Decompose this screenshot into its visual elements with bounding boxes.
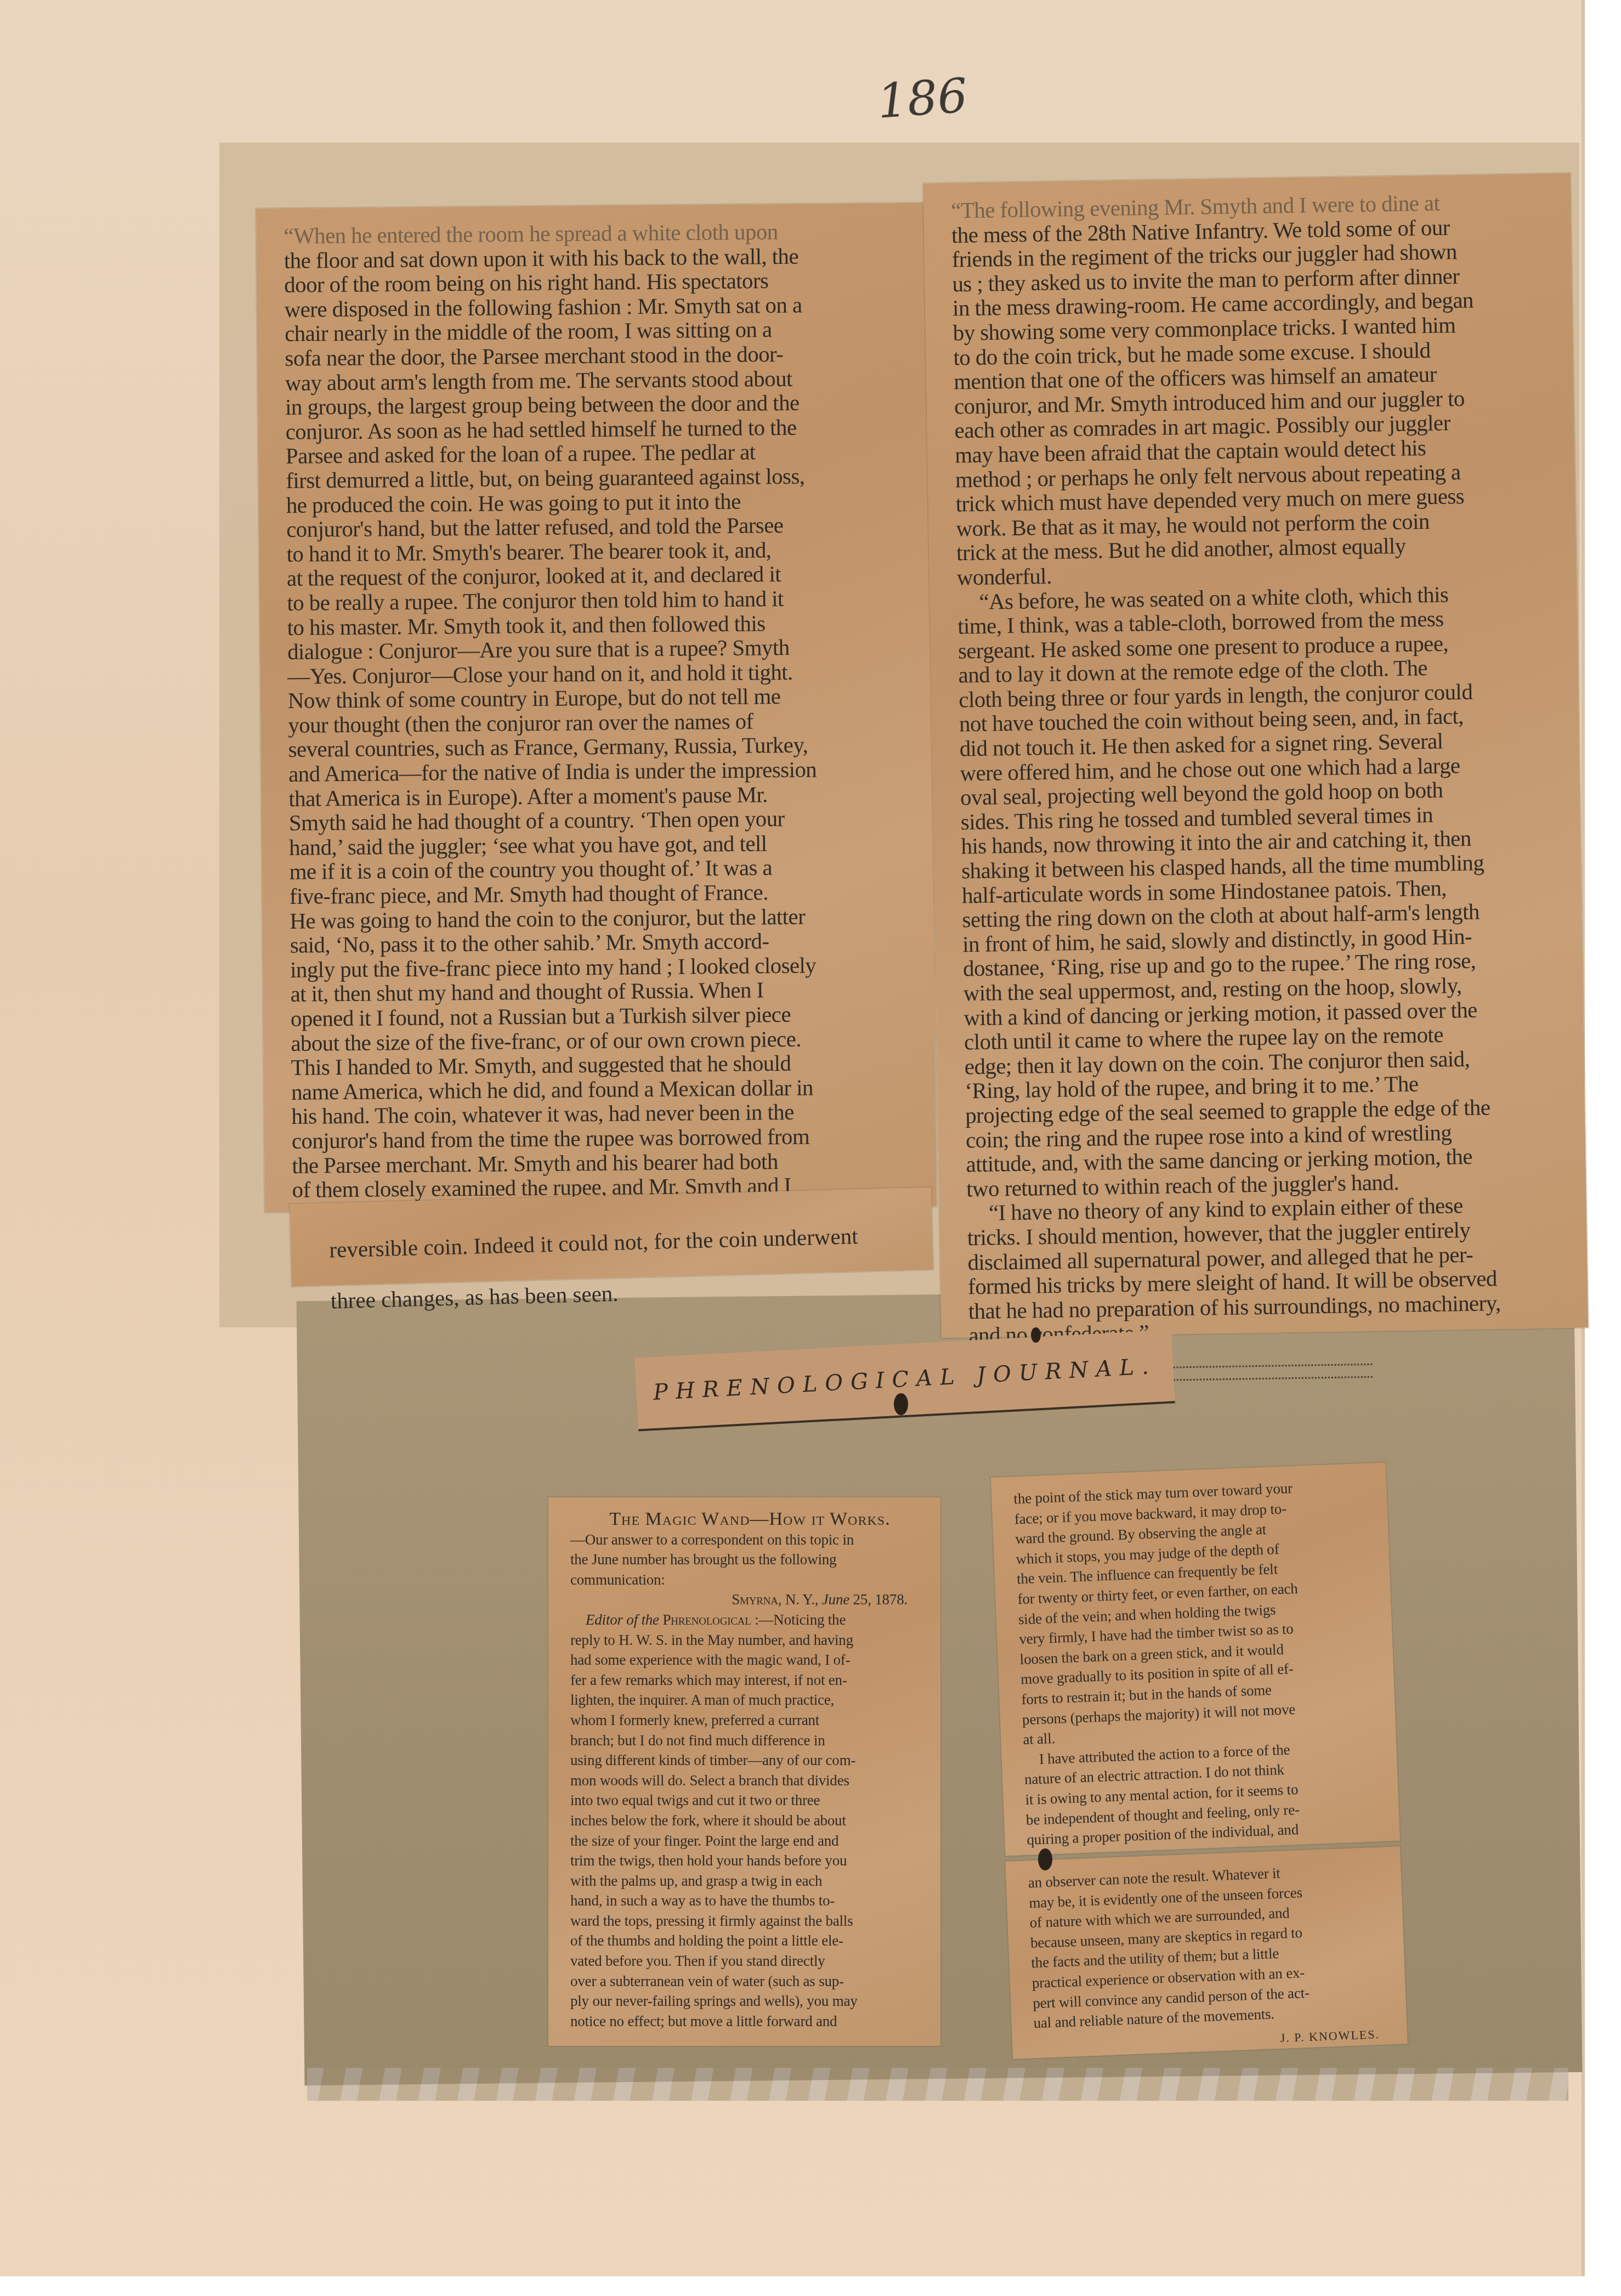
text-line: notice no effect; but move a little forw…: [570, 2011, 929, 2032]
body-lines-left: reply to H. W. S. in the May number, and…: [570, 1630, 929, 2032]
text-line: communication:: [570, 1570, 929, 1590]
pin-hole-icon: [894, 1393, 908, 1415]
dateline: Smyrna, N. Y., June 25, 1878.: [570, 1590, 929, 1610]
right-column-text: “The following evening Mr. Smyth and I w…: [923, 173, 1589, 1384]
text-line: using different kinds of timber—any of o…: [570, 1750, 929, 1771]
text-line: the June number has brought us the follo…: [570, 1549, 929, 1570]
text-line: the size of your finger. Point the large…: [570, 1831, 929, 1851]
clipping-magic-wand-right-top: the point of the stick may turn over tow…: [991, 1462, 1400, 1856]
text-line: inches below the fork, where it should b…: [570, 1811, 929, 1831]
magic-wand-left-text: The Magic Wand—How it Works. —Our answer…: [548, 1497, 940, 2031]
text-line: with the palms up, and grasp a twig in e…: [570, 1871, 929, 1891]
left-tail-lines: reversible coin. Indeed it could not, fo…: [290, 1187, 934, 1316]
text-line: whom I formerly knew, preferred a curran…: [570, 1710, 929, 1731]
right-paragraph-2: “As before, he was seated on a white clo…: [957, 580, 1564, 1201]
text-line: hand, in such a way as to have the thumb…: [570, 1891, 929, 1911]
right-paragraph-1: the mess of the 28th Native Infantry. We…: [951, 213, 1555, 590]
clipping-magic-wand-right-bottom: an observer can note the result. Whateve…: [1005, 1846, 1407, 2059]
clipping-conjuror-right-column: “The following evening Mr. Smyth and I w…: [923, 173, 1589, 1338]
text-line: mon woods will do. Select a branch that …: [570, 1771, 929, 1791]
left-column-text: “When he entered the room he spread a wh…: [256, 203, 937, 1252]
pin-hole-icon: [1031, 1327, 1041, 1343]
body-lines-right-b: an observer can note the result. Whateve…: [1028, 1859, 1396, 2033]
text-line: had some experience with the magic wand,…: [570, 1650, 929, 1670]
pin-hole-icon: [1038, 1848, 1052, 1870]
text-line: into two equal twigs and cut it two or t…: [570, 1790, 929, 1811]
text-line: vated before you. Then if you stand dire…: [570, 1951, 929, 1971]
text-line: branch; but I do not find much differenc…: [570, 1731, 929, 1751]
left-column-lines: the floor and sat down upon it with his …: [284, 243, 915, 1251]
clipping-magic-wand-left: The Magic Wand—How it Works. —Our answer…: [548, 1497, 940, 2046]
text-line: ply our never-failing springs and wells)…: [570, 1991, 929, 2011]
magic-wand-right-text-b: an observer can note the result. Whateve…: [1005, 1846, 1407, 2059]
text-line: trim the twigs, then hold your hands bef…: [570, 1851, 929, 1871]
text-line: reply to H. W. S. in the May number, and…: [570, 1630, 929, 1650]
torn-backing-edge: [307, 2068, 1568, 2101]
body-lines-right-a-para2: I have attributed the action to a force …: [1023, 1736, 1389, 1850]
magic-wand-right-text-a: the point of the stick may turn over tow…: [991, 1462, 1400, 1851]
salutation: Editor of the Phrenological :—Noticing t…: [570, 1610, 929, 1630]
text-line: lighten, the inquirer. A man of much pra…: [570, 1690, 929, 1710]
text-line: fer a few remarks which may interest, if…: [570, 1670, 929, 1690]
clipping-conjuror-left-tail: reversible coin. Indeed it could not, fo…: [290, 1187, 933, 1287]
text-line: of the thumbs and holding the point a li…: [570, 1931, 929, 1951]
text-line: over a subterranean vein of water (such …: [570, 1971, 929, 1992]
article-headline: The Magic Wand—How it Works.: [570, 1509, 929, 1530]
intro-lines: —Our answer to a correspondent on this t…: [570, 1530, 929, 1590]
body-lines-right-a: the point of the stick may turn over tow…: [1013, 1475, 1385, 1750]
handwritten-page-number: 186: [876, 68, 970, 129]
text-line: —Our answer to a correspondent on this t…: [570, 1530, 929, 1550]
right-paragraph-3: “I have no theory of any kind to explain…: [967, 1192, 1567, 1348]
text-line: reversible coin. Indeed it could not, fo…: [329, 1220, 911, 1264]
clipping-conjuror-left-column: “When he entered the room he spread a wh…: [256, 203, 937, 1213]
text-line: ward the tops, pressing it firmly agains…: [570, 1911, 929, 1931]
